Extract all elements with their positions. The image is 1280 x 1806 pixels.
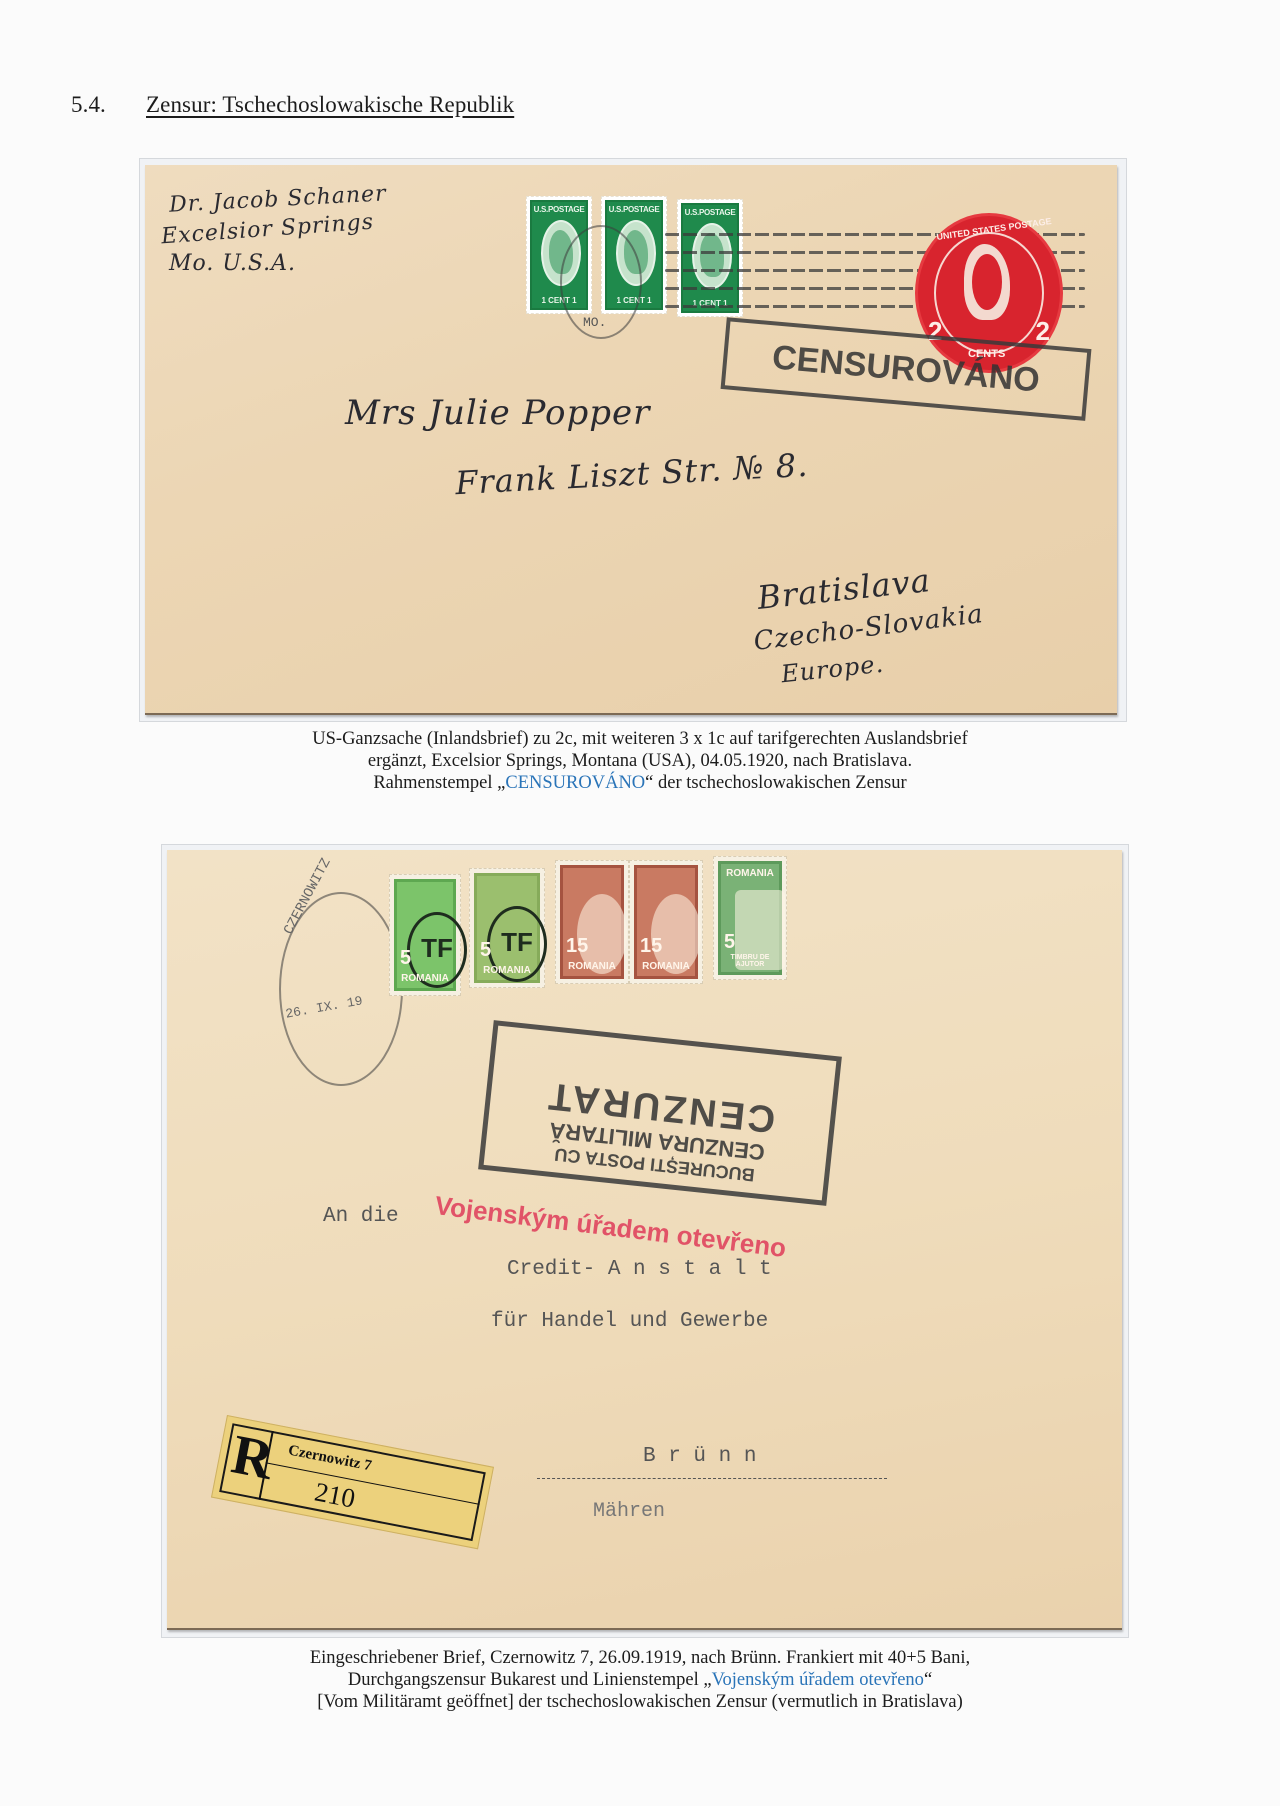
address-handel-gewerbe: für Handel und Gewerbe [491,1310,768,1333]
caption-2-highlight: Vojenským úřadem otevřeno [712,1670,924,1690]
romania-5-bani-overprint-stamp-2: TF5ROMANIA [469,868,545,988]
vojenskym-uradem-otevreno-stamp: Vojenským úřadem otevřeno [433,1190,788,1264]
cover-1-caption: US-Ganzsache (Inlandsbrief) zu 2c, mit w… [0,728,1280,794]
romania-15-bani-stamp-1: 15ROMANIA [555,860,629,984]
address-an-die: An die [323,1205,399,1228]
addressee-street: Frank Liszt Str. № 8. [454,446,809,502]
addressee-continent: Europe. [780,650,885,689]
bucuresti-military-censor-mark: BUCUREȘTI POSTA CU CENZURA MILITARĂ CENZ… [478,1020,842,1206]
caption-1-line-3: Rahmenstempel „CENSUROVÁNO“ der tschecho… [0,772,1280,794]
postmark-state: MO. [583,315,606,330]
addressee-name: Mrs Julie Popper [345,393,650,433]
cover-1-us-envelope: Dr. Jacob Schaner Excelsior Springs Mo. … [145,165,1117,715]
us-1c-stamp-3: U.S.POSTAGE1 CENT 1 [677,199,743,317]
romania-5-bani-overprint-stamp-1: TF5ROMANIA [389,874,461,996]
caption-1-line-2: ergänzt, Excelsior Springs, Montana (USA… [0,750,1280,772]
caption-2-line-1: Eingeschriebener Brief, Czernowitz 7, 26… [0,1647,1280,1669]
sender-line-3: Mo. U.S.A. [169,251,296,276]
caption-2-line-3: [Vom Militäramt geöffnet] der tschechosl… [0,1691,1280,1713]
caption-1-line-1: US-Ganzsache (Inlandsbrief) zu 2c, mit w… [0,728,1280,750]
caption-1-highlight: CENSUROVÁNO [505,773,645,793]
cover-2-caption: Eingeschriebener Brief, Czernowitz 7, 26… [0,1647,1280,1713]
section-title: Zensur: Tschechoslowakische Republik [146,92,514,117]
section-number: 5.4. [71,92,146,118]
caption-2-line-2: Durchgangszensur Bukarest und Linienstem… [0,1669,1280,1691]
address-city: B r ü n n [643,1445,756,1468]
address-region: Mähren [593,1500,665,1523]
romania-5-bani-charity-stamp: ROMANIA5TIMBRU DE AJUTOR [713,856,787,980]
city-underline [537,1478,887,1479]
romania-15-bani-stamp-2: 15ROMANIA [629,860,703,984]
address-credit-anstalt: Credit- A n s t a l t [507,1258,772,1281]
section-heading: 5.4.Zensur: Tschechoslowakische Republik [71,92,514,118]
